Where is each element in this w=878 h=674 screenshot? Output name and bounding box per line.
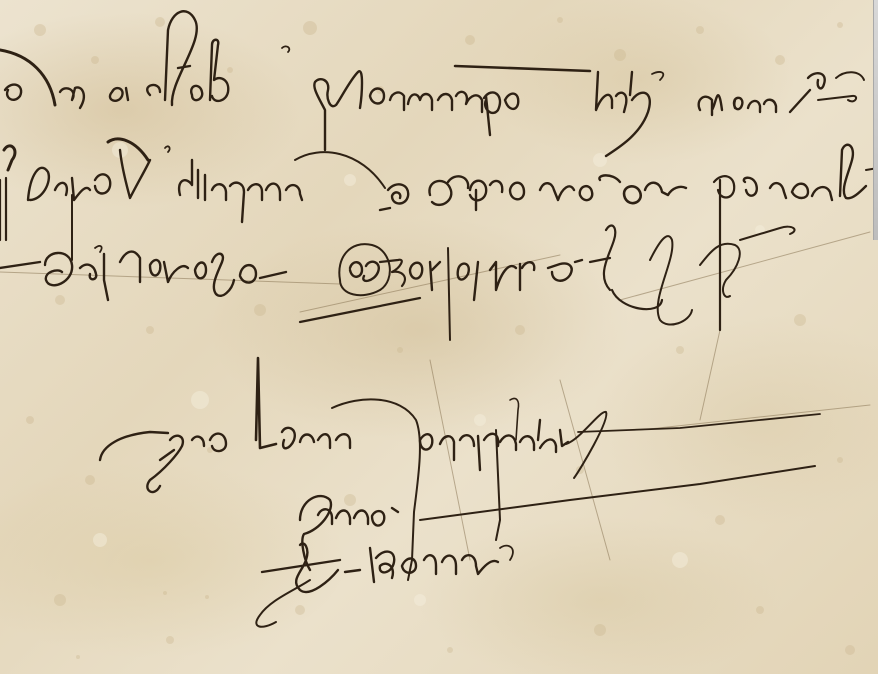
text-line-1	[0, 11, 864, 156]
manuscript-photo: …o … de febr° … … … alex… …lopo … villap…	[0, 0, 878, 674]
text-line-2	[0, 139, 878, 330]
handwriting-ink	[0, 0, 878, 674]
text-line-3	[0, 225, 795, 340]
text-line-5	[256, 430, 815, 627]
text-line-4	[100, 358, 820, 580]
window-edge	[873, 0, 878, 240]
